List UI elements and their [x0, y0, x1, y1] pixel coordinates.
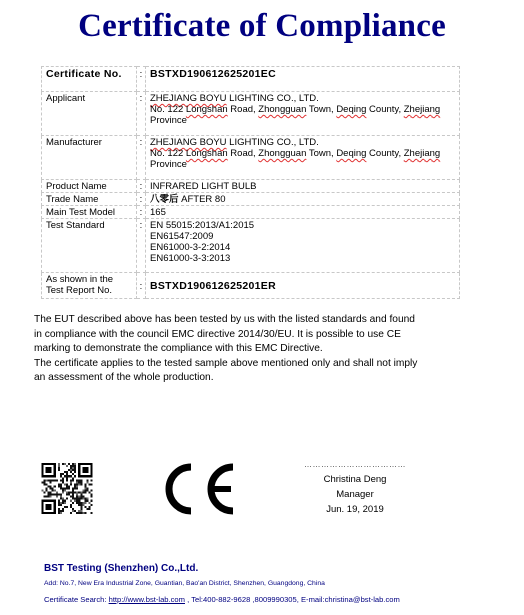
- label-test-report-no: As shown in the Test Report No.: [42, 273, 137, 299]
- applicant-name: ZHEJIANG BOYU LIGHTING CO., LTD.: [150, 93, 456, 104]
- value-main-test-model: 165: [146, 206, 460, 219]
- ce-mark-icon: [157, 463, 235, 515]
- statement-line: in compliance with the council EMC direc…: [34, 328, 494, 343]
- separator: :: [137, 206, 146, 219]
- separator: :: [137, 136, 146, 180]
- signature-date: Jun. 19, 2019: [290, 502, 420, 517]
- row-main-test-model: Main Test Model : 165: [42, 206, 460, 219]
- footer-address: Add: No.7, New Era Industrial Zone, Guan…: [44, 580, 325, 587]
- row-certificate-no: Certificate No. : BSTXD190612625201EC: [42, 67, 460, 92]
- statement-line: marking to demonstrate the compliance wi…: [34, 342, 494, 357]
- label-certificate-no: Certificate No.: [42, 67, 137, 92]
- test-standard-item: EN61000-3-2:2014: [150, 242, 456, 253]
- label-main-test-model: Main Test Model: [42, 206, 137, 219]
- separator: :: [137, 67, 146, 92]
- footer-contact: , Tel:400-882-9628 ,8009990305, E-mail:c…: [187, 595, 400, 604]
- separator: :: [137, 180, 146, 193]
- separator: :: [137, 273, 146, 299]
- label-manufacturer: Manufacturer: [42, 136, 137, 180]
- statement-line: The EUT described above has been tested …: [34, 313, 494, 328]
- trade-name-chinese: 八零后: [150, 194, 179, 205]
- certificate-title: Certificate of Compliance: [0, 8, 524, 45]
- label-line: As shown in the: [46, 274, 133, 285]
- signatory-name: Christina Deng: [290, 472, 420, 487]
- row-manufacturer: Manufacturer : ZHEJIANG BOYU LIGHTING CO…: [42, 136, 460, 180]
- manufacturer-address-line1: No. 122 Longshan Road, Zhongguan Town, D…: [150, 148, 456, 159]
- compliance-statement: The EUT described above has been tested …: [34, 313, 494, 386]
- row-product-name: Product Name : INFRARED LIGHT BULB: [42, 180, 460, 193]
- signatory-position: Manager: [290, 487, 420, 502]
- row-test-report-no: As shown in the Test Report No. : BSTXD1…: [42, 273, 460, 299]
- label-product-name: Product Name: [42, 180, 137, 193]
- statement-line: The certificate applies to the tested sa…: [34, 357, 494, 372]
- value-test-standard: EN 55015:2013/A1:2015 EN61547:2009 EN610…: [146, 219, 460, 273]
- separator: :: [137, 219, 146, 273]
- value-applicant: ZHEJIANG BOYU LIGHTING CO., LTD. No. 122…: [146, 92, 460, 136]
- label-test-standard: Test Standard: [42, 219, 137, 273]
- footer-company: BST Testing (Shenzhen) Co.,Ltd.: [44, 563, 198, 574]
- test-standard-item: EN61000-3-3:2013: [150, 253, 456, 264]
- qr-code-icon: [41, 463, 93, 514]
- value-trade-name: 八零后 AFTER 80: [146, 193, 460, 206]
- applicant-address-line2: Province: [150, 115, 456, 126]
- statement-line: an assessment of the whole production.: [34, 371, 494, 386]
- manufacturer-name: ZHEJIANG BOYU LIGHTING CO., LTD.: [150, 137, 456, 148]
- value-manufacturer: ZHEJIANG BOYU LIGHTING CO., LTD. No. 122…: [146, 136, 460, 180]
- value-certificate-no: BSTXD190612625201EC: [146, 67, 460, 92]
- value-test-report-no: BSTXD190612625201ER: [146, 273, 460, 299]
- label-trade-name: Trade Name: [42, 193, 137, 206]
- row-applicant: Applicant : ZHEJIANG BOYU LIGHTING CO., …: [42, 92, 460, 136]
- search-link[interactable]: http://www.bst-lab.com: [109, 595, 185, 604]
- separator: :: [137, 193, 146, 206]
- certificate-info-table: Certificate No. : BSTXD190612625201EC Ap…: [41, 66, 460, 299]
- test-standard-item: EN61547:2009: [150, 231, 456, 242]
- applicant-address-line1: No. 122 Longshan Road, Zhongguan Town, D…: [150, 104, 456, 115]
- separator: :: [137, 92, 146, 136]
- footer-search: Certificate Search: http://www.bst-lab.c…: [44, 595, 400, 604]
- label-line: Test Report No.: [46, 285, 133, 296]
- row-trade-name: Trade Name : 八零后 AFTER 80: [42, 193, 460, 206]
- trade-name-english: AFTER 80: [181, 194, 225, 205]
- row-test-standard: Test Standard : EN 55015:2013/A1:2015 EN…: [42, 219, 460, 273]
- label-applicant: Applicant: [42, 92, 137, 136]
- signature-line: ………………………………: [290, 461, 420, 469]
- signature-block: ……………………………… Christina Deng Manager Jun.…: [290, 461, 420, 517]
- search-label: Certificate Search:: [44, 595, 106, 604]
- manufacturer-address-line2: Province: [150, 159, 456, 170]
- value-product-name: INFRARED LIGHT BULB: [146, 180, 460, 193]
- test-standard-item: EN 55015:2013/A1:2015: [150, 220, 456, 231]
